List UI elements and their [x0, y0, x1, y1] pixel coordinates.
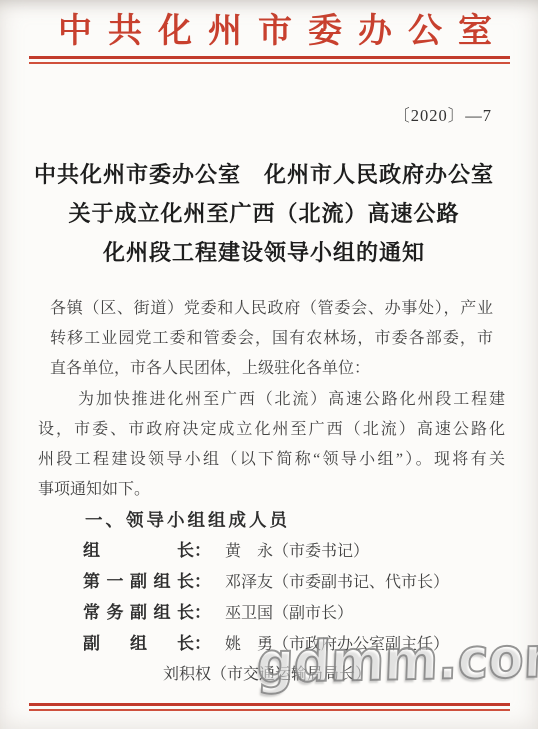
roster-value: 刘积权（市交通运输局局长）	[163, 660, 371, 690]
roster-value: 巫卫国（副市长）	[225, 599, 353, 629]
roster-row-deputy: 副组长： 姚 勇（市政府办公室副主任）	[83, 629, 538, 660]
recipients-line: 转移工业园党工委和管委会，国有农林场，市委各部委，市	[50, 324, 493, 354]
document-title-line: 中共化州市委办公室 化州市人民政府办公室	[0, 155, 528, 194]
footer-double-rule	[29, 703, 510, 711]
recipients-line: 直各单位，市各人民团体，上级驻化各单位：	[50, 354, 493, 384]
document-number: 〔2020〕—7	[393, 102, 492, 126]
roster-label: 组长：	[83, 536, 211, 566]
recipients-line: 各镇（区、街道）党委和人民政府（管委会、办事处），产业	[50, 294, 493, 324]
section-heading: 一、领导小组组成人员	[85, 505, 538, 535]
recipients-paragraph: 各镇（区、街道）党委和人民政府（管委会、办事处），产业 转移工业园党工委和管委会…	[50, 294, 493, 385]
intro-line: 为加快推进化州至广西（北流）高速公路化州段工程建	[38, 385, 505, 415]
document-title: 中共化州市委办公室 化州市人民政府办公室 关于成立化州至广西（北流）高速公路 化…	[0, 155, 528, 272]
intro-line: 设，市委、市政府决定成立化州至广西（北流）高速公路化	[38, 415, 505, 445]
document-page: 中共化州市委办公室 〔2020〕—7 中共化州市委办公室 化州市人民政府办公室 …	[0, 0, 538, 729]
roster-value: 黄 永（市委书记）	[225, 537, 369, 567]
roster-row-deputy-continued: 刘积权（市交通运输局局长）	[163, 660, 538, 690]
roster-label: 常务副组长：	[83, 598, 211, 628]
intro-line: 州段工程建设领导小组（以下简称“领导小组”）。现将有关	[38, 445, 505, 475]
roster-row-executive-deputy: 常务副组长： 巫卫国（副市长）	[83, 598, 538, 629]
letterhead-double-rule	[29, 56, 510, 64]
roster-value: 邓泽友（市委副书记、代市长）	[225, 568, 449, 598]
intro-paragraph: 为加快推进化州至广西（北流）高速公路化州段工程建 设，市委、市政府决定成立化州至…	[38, 385, 505, 506]
document-title-line: 化州段工程建设领导小组的通知	[0, 233, 528, 272]
roster-row-leader: 组长： 黄 永（市委书记）	[83, 536, 538, 567]
roster-label: 第一副组长：	[83, 567, 211, 597]
letterhead-org-title: 中共化州市委办公室	[0, 12, 538, 52]
roster-row-first-deputy: 第一副组长： 邓泽友（市委副书记、代市长）	[83, 567, 538, 598]
document-body: 各镇（区、街道）党委和人民政府（管委会、办事处），产业 转移工业园党工委和管委会…	[0, 294, 538, 691]
roster-value: 姚 勇（市政府办公室副主任）	[225, 630, 449, 660]
intro-line: 事项通知如下。	[38, 475, 505, 505]
roster-label: 副组长：	[83, 629, 211, 659]
document-title-line: 关于成立化州至广西（北流）高速公路	[0, 194, 528, 233]
